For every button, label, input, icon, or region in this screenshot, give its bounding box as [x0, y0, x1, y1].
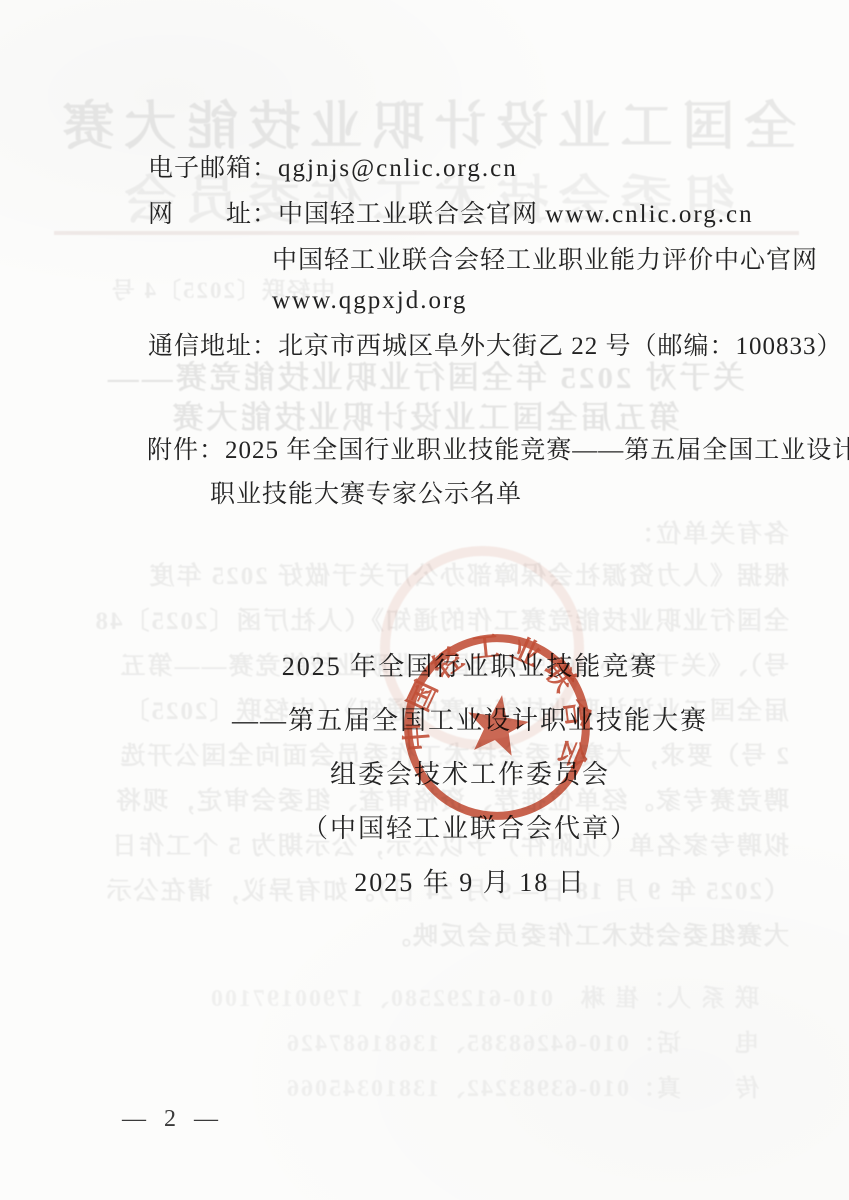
seal-group: 中国轻工业联合会 — [396, 626, 598, 828]
email-label: 电子邮箱： — [148, 148, 278, 184]
seal-text: 中国轻工业联合会 — [396, 626, 598, 782]
attachment-line-2: 职业技能大赛专家公示名单 — [210, 474, 522, 510]
address-value: 北京市西城区阜外大街乙 22 号（邮编：100833） — [278, 333, 843, 360]
document-front-layer: 电子邮箱：qgjnjs@cnlic.org.cn 网 址：中国轻工业联合会官网 … — [0, 0, 849, 1200]
website-label: 网 址： — [148, 194, 278, 230]
email-line: 电子邮箱：qgjnjs@cnlic.org.cn — [148, 148, 518, 184]
website-line-2: 中国轻工业联合会轻工业职业能力评价中心官网 — [272, 240, 818, 276]
signature-date: 2025 年 9 月 18 日 — [90, 862, 849, 899]
website-url: www.cnlic.org.cn — [545, 201, 753, 228]
website-name: 中国轻工业联合会官网 — [278, 201, 545, 228]
official-red-seal-icon: 中国轻工业联合会 — [396, 626, 598, 828]
website-line-3: www.qgpxjd.org — [272, 287, 467, 315]
address-line: 通信地址：北京市西城区阜外大街乙 22 号（邮编：100833） — [148, 326, 843, 362]
page-number: — 2 — — [122, 1106, 224, 1133]
email-value: qgjnjs@cnlic.org.cn — [278, 155, 518, 182]
scanned-document-page: 全国工业设计职业技能大赛组委会技术工作委员会中轻联〔2025〕4 号关于对 20… — [0, 0, 849, 1200]
website-line-1: 网 址：中国轻工业联合会官网 www.cnlic.org.cn — [148, 194, 754, 230]
address-label: 通信地址： — [148, 326, 278, 362]
star-icon — [463, 690, 533, 757]
attachment-line-1: 附件：2025 年全国行业职业技能竞赛——第五届全国工业设计 — [147, 430, 849, 466]
